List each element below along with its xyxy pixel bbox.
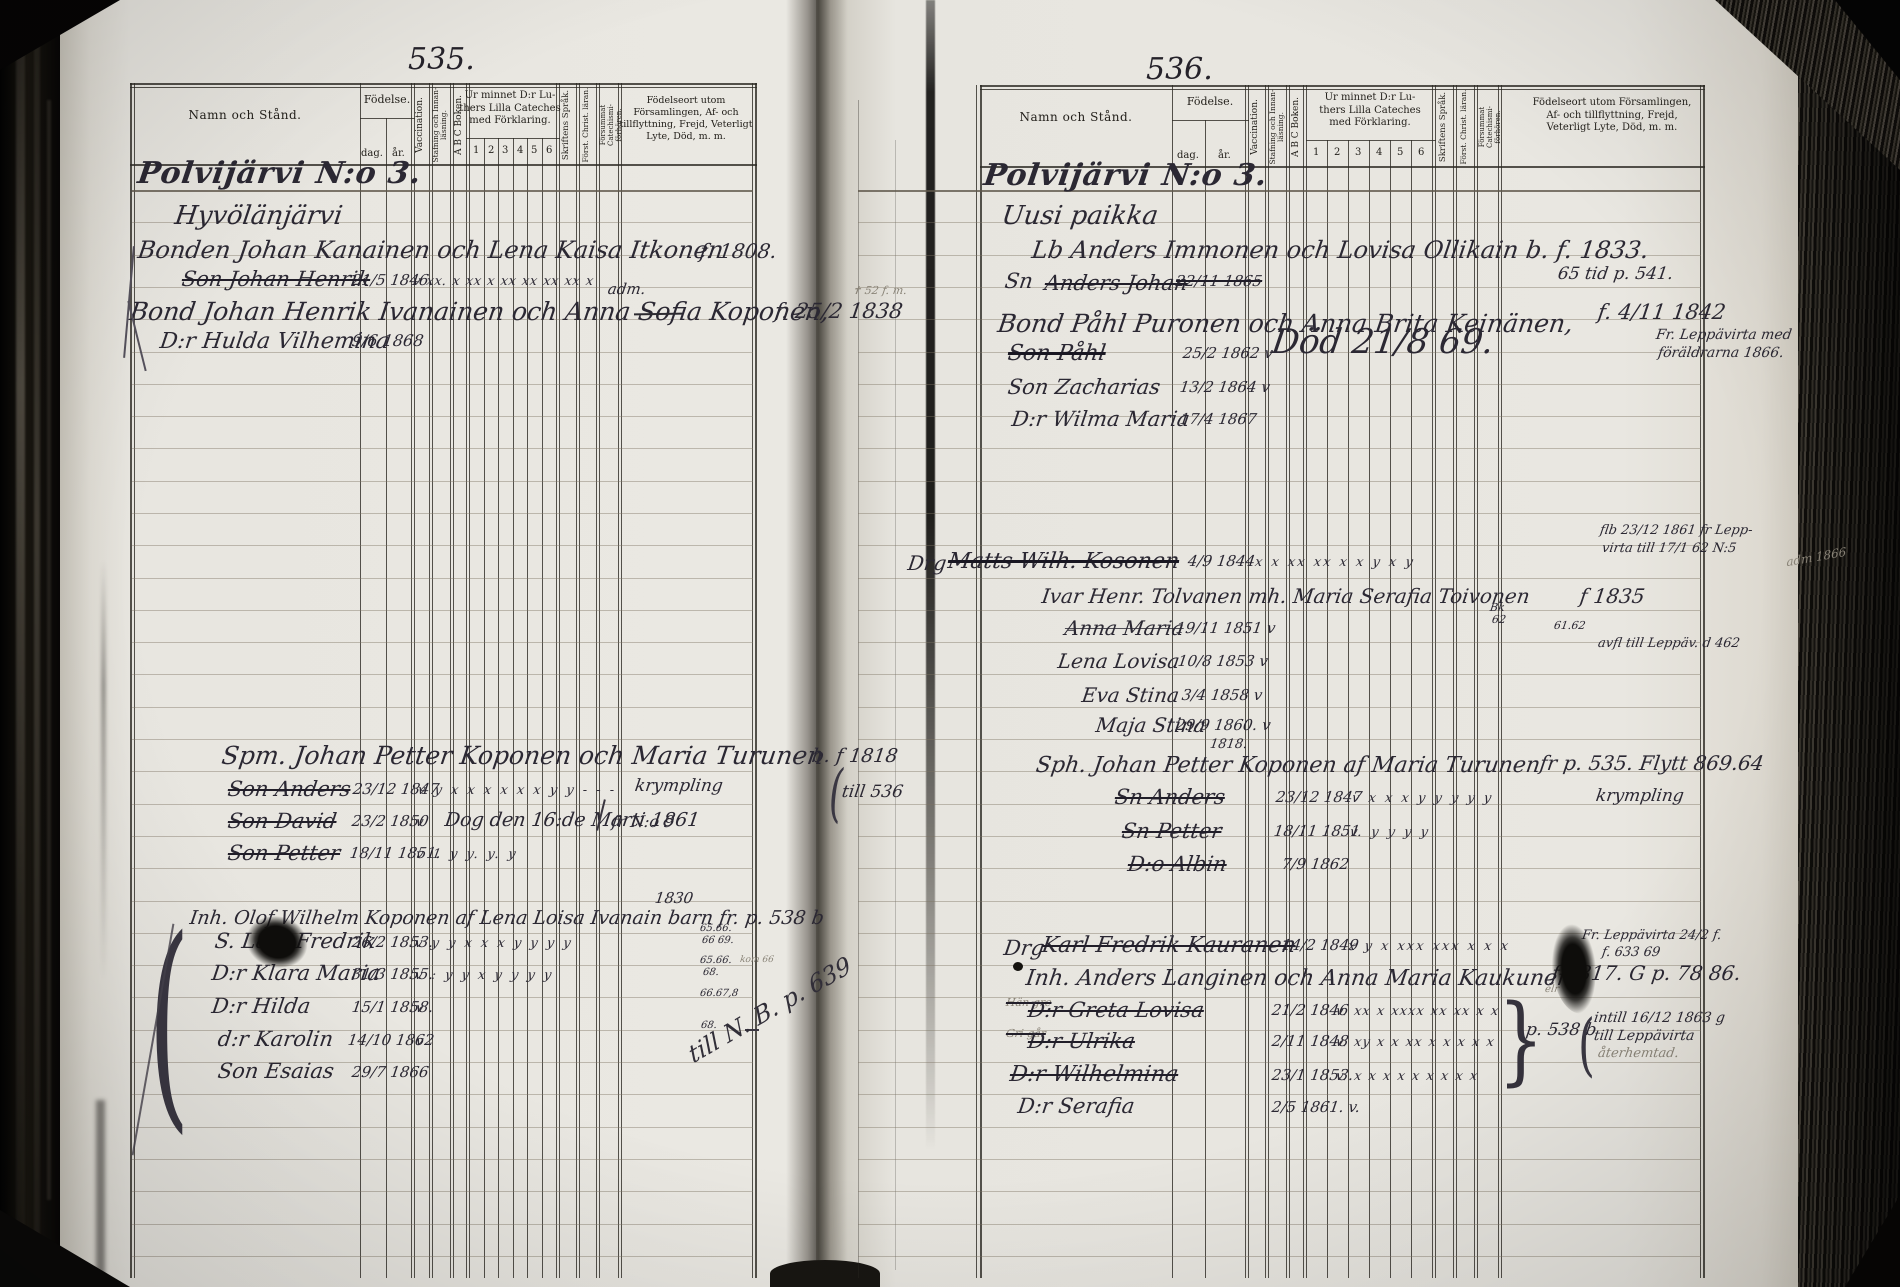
table-rule [858, 513, 1701, 514]
table-rule [980, 85, 1705, 87]
table-rule [858, 416, 1701, 417]
rfamily4-child2-birthdate: 10/8 1853 v [1177, 652, 1269, 670]
table-rule [132, 1127, 753, 1128]
rfamily2-child2-birthdate: 13/2 1864 v [1179, 378, 1271, 396]
family2-child-birthdate: 9/6 1868 [351, 331, 425, 350]
rfamily4-mid-note2: 62 [1491, 613, 1507, 626]
rfamily7-child1-name: D:r Greta Lovisa [1026, 998, 1205, 1022]
family3-reference-note: till 536 [841, 782, 905, 802]
gutter-bottom-shadow [770, 1260, 880, 1287]
table-rule [858, 384, 1701, 385]
rfamily5-child1-name: Sn Anders [1113, 785, 1226, 809]
table-rule [858, 287, 1701, 288]
col-header-birth-right: Födelse. [1185, 95, 1235, 109]
rfamily5-child1-marks: v x x x y y y y y [1351, 791, 1495, 806]
catechism-col-3-right: 3 [1355, 147, 1361, 158]
page-crease-line [926, 0, 935, 1150]
rfamily1-note: 65 tid p. 541. [1557, 264, 1675, 284]
rfamily4-note1: 61.62 [1553, 619, 1586, 632]
table-rule [1306, 140, 1436, 141]
table-rule [858, 868, 1701, 869]
rfamily2-child1-birthdate: 25/2 1862 v [1182, 344, 1274, 362]
table-rule [466, 138, 560, 139]
rfamily2-head-birth: f. 4/11 1842 [1596, 300, 1727, 324]
spine-page-streak [47, 100, 51, 1200]
spine-page-streak [16, 0, 25, 1287]
col-header-scripture-left: Skriftens Språk. [562, 87, 572, 163]
table-rule [858, 578, 1701, 579]
gutter-margin-note: ✝ 52 f. m. [851, 284, 908, 297]
family4-child2-note3: kom 66 [739, 955, 774, 965]
rfamily3-marks: x x xx xx x x y x y [1254, 555, 1416, 570]
catechism-col-1-left: 1 [473, 145, 479, 156]
rfamily6-marks: x y x xxx xxx x x x [1347, 939, 1512, 954]
table-rule [858, 448, 1701, 449]
notes-line2: Af- och tillflyttning, Frejd, [1546, 110, 1677, 121]
table-rule [1700, 85, 1701, 1278]
catechism-line1: Ur minnet D:r Lu- [465, 90, 556, 101]
rfamily3-note1: flb 23/12 1861 fr Lepp- [1599, 523, 1754, 538]
table-rule [132, 1191, 753, 1192]
col-header-birth-left: Födelse. [362, 93, 412, 107]
catechism-col-6-right: 6 [1418, 147, 1424, 158]
rfamily5-head: Sph. Johan Petter Koponen af Maria Turun… [1034, 753, 1542, 778]
col-header-notes-right: Födelseort utom Församlingen, Af- och ti… [1528, 97, 1696, 135]
catechism-line2: thers Lilla Cateches [459, 103, 560, 114]
left-page-edge-shadow [101, 560, 106, 980]
catechism-line3: med Förklaring. [1329, 117, 1410, 128]
family4-child2-marks: v : y y x y y y y [414, 968, 555, 983]
catechism-col-6-left: 6 [546, 145, 552, 156]
rfamily1-head: Lb Anders Immonen och Lovisa Ollikain b.… [1030, 236, 1651, 264]
col-header-christian-right: Först. Christ. läran. [1460, 89, 1468, 165]
table-rule [1172, 120, 1249, 121]
locality-heading-right: Polvijärvi N:o 3. [982, 158, 1270, 193]
table-rule [132, 384, 753, 385]
rfamily4-child3-birthdate: 3/4 1858 v [1181, 686, 1264, 704]
family4-child2-note2: 68. [702, 967, 719, 978]
table-rule [132, 739, 753, 740]
rfamily2-child3-birthdate: 17/4 1867 [1179, 410, 1258, 428]
table-rule [858, 642, 1701, 643]
family1-child-marks: v xx. x xx x xx xx xx xx x [412, 274, 595, 289]
rfamily2-child1-death-note: Död 21/8 69. [1269, 322, 1496, 362]
col-header-notes-left: Födelseort utom Församlingen, Af- och ti… [612, 95, 760, 143]
table-rule [858, 1224, 1701, 1225]
table-rule [858, 222, 1701, 223]
book-spine-edge [0, 0, 62, 1287]
family4-child3-note: 66.67,8 [699, 988, 739, 999]
table-rule [132, 610, 753, 611]
left-page-edge-shadow [96, 1100, 105, 1287]
table-rule [130, 83, 757, 85]
table-rule [858, 610, 1701, 611]
rfamily1-child-prefix: Sn [1003, 269, 1034, 293]
rfamily4-child1-name: Anna Maria [1063, 616, 1185, 640]
family4-child1-marks: v y y x x x y y y y [414, 936, 574, 951]
village-subheading-left: Hyvölänjärvi [173, 201, 344, 231]
family4-child1-note: 65.66. [699, 923, 732, 934]
scanned-church-book-spread: 535. Namn och Stånd. Födelse. dag. år. V… [0, 0, 1900, 1287]
rfamily7-child2-name: D:r Ulrika [1026, 1029, 1136, 1053]
col-header-missed-right: Försummat Catechismi-förhören. [1479, 89, 1502, 165]
col-header-abc-right: A B C Boken. [1291, 89, 1301, 165]
catechism-line1: Ur minnet D:r Lu- [1325, 92, 1416, 103]
rfamily7-child3-name: D:r Wilhelmina [1008, 1062, 1180, 1087]
table-rule [980, 89, 1705, 90]
rfamily2-child1-name: Son Påhl [1006, 341, 1107, 366]
rfamily5-child2-name: Sn Petter [1120, 819, 1223, 843]
family3-child2-ref-note: fr N:o 9 [611, 812, 676, 831]
col-header-scripture-right: Skriftens Språk. [1439, 89, 1449, 165]
table-rule [858, 674, 1701, 675]
table-rule [1703, 85, 1705, 1278]
catechism-col-5-left: 5 [531, 145, 537, 156]
rfamily5-year-note: 1818. [1209, 737, 1248, 752]
table-rule [360, 118, 415, 119]
table-rule [132, 578, 753, 579]
catechism-col-4-right: 4 [1376, 147, 1382, 158]
rfamily7-child1-marks: v. xx x xxxx xx xx x x [1335, 1004, 1501, 1019]
family3-child1-note: krympling [634, 776, 725, 796]
rfamily7-child2-note3: återhemtad. [1597, 1046, 1680, 1061]
table-rule [132, 1094, 753, 1095]
rfamily6-note2: f. 633 69 [1601, 945, 1661, 960]
rfamily6-note1: Fr. Leppävirta 24/2 f. [1581, 928, 1723, 943]
rfamily4-head-birth: f 1835 [1578, 584, 1646, 608]
rfamily1-child-birthdate: 22/11 1865 [1175, 272, 1264, 290]
table-rule [976, 85, 977, 1278]
table-rule [858, 901, 1701, 902]
table-rule [858, 545, 1701, 546]
table-rule [132, 804, 753, 805]
table-rule [132, 448, 753, 449]
spine-page-streak [34, 40, 40, 1240]
family3-child1-marks: v y x x x x x x y y - - - [417, 783, 618, 798]
family4-year-note: 1830 [654, 889, 695, 907]
table-rule [132, 1256, 753, 1257]
catechism-line3: med Förklaring. [469, 115, 550, 126]
spelling-line2: läsning. [439, 110, 448, 140]
family4-child3-name: D:r Hilda [210, 994, 312, 1018]
table-rule [132, 836, 753, 837]
catechism-line2: thers Lilla Cateches [1319, 105, 1420, 116]
rfamily2-note2: föräldrarna 1866. [1657, 345, 1785, 361]
col-header-vaccination-left: Vaccination. [415, 87, 425, 163]
rfamily7-child2-marks: v. xy x x xx x x x x x [1335, 1035, 1496, 1050]
table-rule [858, 1062, 1701, 1063]
rfamily5-child3-name: D:o Albin [1126, 852, 1228, 876]
table-rule [132, 1159, 753, 1160]
rfamily4-child3-name: Eva Stina [1080, 683, 1180, 707]
table-rule [858, 481, 1701, 482]
table-rule [132, 416, 753, 417]
page-number-left: 535. [408, 42, 475, 77]
table-rule [858, 100, 859, 1278]
table-rule [858, 1191, 1701, 1192]
rfamily3-birthdate: 4/9 1844 [1187, 552, 1257, 570]
rfamily5-child3-birthdate: 7/9 1862 [1281, 855, 1351, 873]
table-rule [132, 674, 753, 675]
note-brace: ( [1578, 1004, 1595, 1084]
family1-child-note: adm. [607, 280, 647, 298]
table-rule [132, 481, 753, 482]
rfamily4-child4-birthdate: 29/9 1860. v [1175, 716, 1272, 734]
family4-child4-name: d:r Karolin [216, 1027, 334, 1051]
family3-child2-name: Son David [226, 809, 338, 833]
family1-child-name: Son Johan Henrik [180, 267, 372, 291]
table-rule [132, 1224, 753, 1225]
rfamily1-child-name: Anders Johan [1043, 271, 1189, 295]
family3-child3-name: Son Petter [226, 841, 342, 865]
family3-child3-marks: v 1 y y. y. y [415, 847, 519, 862]
rfamily7-child2-note2: till Leppävirta [1593, 1028, 1696, 1044]
family4-child2-note: 65.66. [699, 955, 732, 966]
family1-head: Bonden Johan Kanainen och Lena Kaisa Itk… [136, 236, 725, 264]
col-header-catechism-right: Ur minnet D:r Lu-thers Lilla Catechesmed… [1308, 92, 1432, 130]
col-header-christian-left: Först. Christ. läran. [582, 87, 590, 163]
rfamily7-child3-marks: v. x x x x x x x x x [1335, 1069, 1480, 1084]
rfamily5-child1-note: krympling [1595, 786, 1686, 806]
rfamily2-child2-name: Son Zacharias [1006, 375, 1162, 399]
table-rule [132, 771, 753, 772]
catechism-col-3-left: 3 [502, 145, 508, 156]
notes-line1: Födelseort utom Församlingen, [1533, 97, 1692, 108]
table-rule [134, 83, 135, 1278]
rfamily3-note2: virta till 17/1 62 N:5 [1601, 541, 1737, 556]
family2-head: Bond Johan Henrik Ivanainen och Anna Sof… [128, 297, 831, 326]
rfamily3-name: Matts Wilh. Kosonen [946, 549, 1181, 574]
spelling-line2: läsning. [1276, 112, 1285, 142]
rfamily5-child2-marks: v. y y y y [1349, 825, 1431, 840]
table-rule [132, 868, 753, 869]
rfamily4-child1-birthdate: 19/11 1851 v [1175, 619, 1277, 637]
family2-head-birth: f. 25/2 1838 [773, 299, 904, 323]
rfamily7-child2-note1: intill 16/12 1863 g [1593, 1010, 1726, 1026]
page-number-right: 536. [1146, 52, 1213, 87]
family4-child5-name: Son Esaias [216, 1059, 335, 1083]
rfamily7-head: Inh. Anders Langinen och Anna Maria Kauk… [1024, 966, 1573, 991]
catechism-col-5-right: 5 [1397, 147, 1403, 158]
family1-head-birth: f. 1808. [698, 239, 778, 263]
table-rule [132, 513, 753, 514]
table-rule [132, 642, 753, 643]
table-rule [858, 1094, 1701, 1095]
table-rule [980, 85, 982, 1278]
col-header-spelling-right: Stafning och Innan-läsning. [1269, 89, 1286, 165]
table-rule [858, 1127, 1701, 1128]
rfamily2-note1: Fr. Leppävirta med [1655, 327, 1793, 343]
book-gutter-shadow [786, 0, 848, 1287]
locality-heading-left: Polvijärvi N:o 3. [136, 156, 424, 191]
rfamily4-child2-name: Lena Lovisa [1056, 649, 1181, 673]
catechism-col-2-left: 2 [488, 145, 494, 156]
table-rule [858, 707, 1701, 708]
catechism-col-2-right: 2 [1334, 147, 1340, 158]
family4-child1-note2: 66 69. [701, 935, 734, 946]
reference-brace: } [1498, 984, 1544, 1096]
rfamily7-child4-birthdate: 2/5 1861. v. [1271, 1098, 1362, 1116]
catechism-col-1-right: 1 [1313, 147, 1319, 158]
family3-child1-name: Son Anders [226, 777, 352, 801]
rfamily4-head: Ivar Henr. Tolvanen mh. Maria Serafia To… [1040, 584, 1531, 608]
table-rule [858, 1159, 1701, 1160]
rfamily7-child4-name: D:r Serafia [1016, 1094, 1136, 1118]
rfamily6-name: Karl Fredrik Kauranen [1040, 933, 1297, 958]
col-header-name-right: Namn och Stånd. [1006, 110, 1146, 125]
village-subheading-right: Uusi paikka [1000, 201, 1160, 231]
table-rule [132, 707, 753, 708]
family3-head: Spm. Johan Petter Koponen och Maria Turu… [220, 741, 825, 770]
ink-dot [1013, 962, 1023, 971]
family4-child5-birthdate: 29/7 1866 [351, 1063, 430, 1081]
table-rule [858, 739, 1701, 740]
table-rule [858, 1256, 1701, 1257]
notes-line3: Veterligt Lyte, Död, m. m. [1547, 122, 1678, 133]
catechism-col-4-left: 4 [517, 145, 523, 156]
col-header-catechism-left: Ur minnet D:r Lu-thers Lilla Catechesmed… [454, 90, 566, 128]
col-header-name-left: Namn och Stånd. [175, 108, 315, 123]
rfamily3-prefix: Drg [906, 551, 948, 575]
col-header-vaccination-right: Vaccination. [1250, 89, 1260, 165]
missed-line1: Försummat Catechismi- [1478, 106, 1494, 148]
rfamily5-head-ref: fr p. 535. Flytt 869.64 [1538, 751, 1765, 775]
fore-edge-darkening [1798, 0, 1900, 1287]
table-rule [132, 545, 753, 546]
family3-head-birth: b. f 1818 [810, 745, 899, 767]
col-header-spelling-left: Stafning och Innan-läsning. [432, 87, 449, 163]
rfamily2-child3-name: D:r Wilma Maria [1010, 407, 1191, 431]
missed-line2: förhören. [1494, 110, 1502, 143]
table-rule [386, 118, 387, 1278]
rfamily4-note2: avfl till Leppäv. d 462 [1597, 636, 1741, 651]
